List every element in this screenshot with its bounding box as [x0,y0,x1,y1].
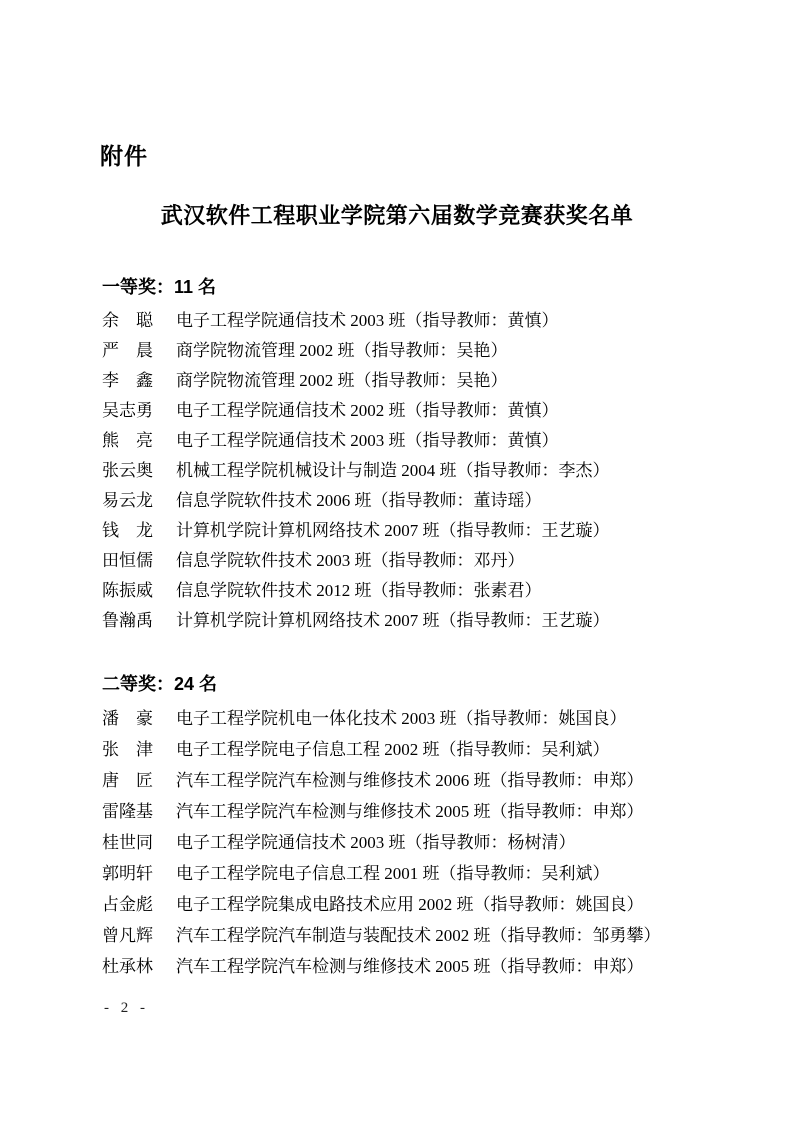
winner-rows: 潘 豪电子工程学院机电一体化技术 2003 班（指导教师：姚国良）张 津电子工程… [102,703,734,982]
winner-class-info: 电子工程学院电子信息工程 2001 班（指导教师：吴利斌） [176,858,610,889]
winner-row: 张 津电子工程学院电子信息工程 2002 班（指导教师：吴利斌） [102,734,734,765]
winner-class-info: 信息学院软件技术 2003 班（指导教师：邓丹） [176,546,525,576]
winner-row: 雷隆基汽车工程学院汽车检测与维修技术 2005 班（指导教师：申郑） [102,796,734,827]
winner-row: 易云龙信息学院软件技术 2006 班（指导教师：董诗瑶） [102,486,734,516]
section-heading: 一等奖：11 名 [102,276,734,298]
page-number: - 2 - [104,1000,794,1016]
winner-name: 钱 龙 [102,516,156,546]
winner-class-info: 机械工程学院机械设计与制造 2004 班（指导教师：李杰） [176,456,610,486]
winner-class-info: 电子工程学院机电一体化技术 2003 班（指导教师：姚国良） [176,703,627,734]
winner-row: 鲁瀚禹计算机学院计算机网络技术 2007 班（指导教师：王艺璇） [102,606,734,636]
winner-name: 李 鑫 [102,366,156,396]
winner-name: 陈振威 [102,576,156,606]
attachment-label: 附件 [100,144,794,168]
section-heading: 二等奖：24 名 [102,673,734,695]
winner-row: 余 聪电子工程学院通信技术 2003 班（指导教师：黄慎） [102,306,734,336]
page-title: 武汉软件工程职业学院第六届数学竞赛获奖名单 [0,201,794,231]
winner-class-info: 商学院物流管理 2002 班（指导教师：吴艳） [176,336,508,366]
winner-row: 田恒儒信息学院软件技术 2003 班（指导教师：邓丹） [102,546,734,576]
winner-class-info: 信息学院软件技术 2006 班（指导教师：董诗瑶） [176,486,542,516]
winner-name: 田恒儒 [102,546,156,576]
award-sections: 一等奖：11 名余 聪电子工程学院通信技术 2003 班（指导教师：黄慎）严 晨… [102,276,734,982]
winner-name: 曾凡辉 [102,920,156,951]
winner-row: 陈振威信息学院软件技术 2012 班（指导教师：张素君） [102,576,734,606]
winner-row: 张云奥机械工程学院机械设计与制造 2004 班（指导教师：李杰） [102,456,734,486]
winner-class-info: 汽车工程学院汽车制造与装配技术 2002 班（指导教师：邹勇攀） [176,920,661,951]
winner-name: 郭明轩 [102,858,156,889]
winner-row: 熊 亮电子工程学院通信技术 2003 班（指导教师：黄慎） [102,426,734,456]
winner-class-info: 计算机学院计算机网络技术 2007 班（指导教师：王艺璇） [176,516,610,546]
winner-name: 鲁瀚禹 [102,606,156,636]
winner-row: 郭明轩电子工程学院电子信息工程 2001 班（指导教师：吴利斌） [102,858,734,889]
winner-rows: 余 聪电子工程学院通信技术 2003 班（指导教师：黄慎）严 晨商学院物流管理 … [102,306,734,636]
winner-name: 杜承林 [102,951,156,982]
winner-class-info: 汽车工程学院汽车检测与维修技术 2006 班（指导教师：申郑） [176,765,644,796]
winner-class-info: 电子工程学院通信技术 2002 班（指导教师：黄慎） [176,396,559,426]
winner-name: 吴志勇 [102,396,156,426]
winner-row: 严 晨商学院物流管理 2002 班（指导教师：吴艳） [102,336,734,366]
winner-name: 桂世同 [102,827,156,858]
winner-name: 张 津 [102,734,156,765]
winner-row: 桂世同电子工程学院通信技术 2003 班（指导教师：杨树清） [102,827,734,858]
winner-row: 钱 龙计算机学院计算机网络技术 2007 班（指导教师：王艺璇） [102,516,734,546]
winner-row: 杜承林汽车工程学院汽车检测与维修技术 2005 班（指导教师：申郑） [102,951,734,982]
winner-row: 唐 匠汽车工程学院汽车检测与维修技术 2006 班（指导教师：申郑） [102,765,734,796]
winner-class-info: 电子工程学院集成电路技术应用 2002 班（指导教师：姚国良） [176,889,644,920]
winner-name: 严 晨 [102,336,156,366]
award-section: 二等奖：24 名潘 豪电子工程学院机电一体化技术 2003 班（指导教师：姚国良… [102,673,734,982]
winner-class-info: 电子工程学院通信技术 2003 班（指导教师：黄慎） [176,426,559,456]
winner-row: 吴志勇电子工程学院通信技术 2002 班（指导教师：黄慎） [102,396,734,426]
winner-name: 熊 亮 [102,426,156,456]
winner-name: 雷隆基 [102,796,156,827]
document-page: 附件 武汉软件工程职业学院第六届数学竞赛获奖名单 一等奖：11 名余 聪电子工程… [0,0,794,1123]
winner-name: 易云龙 [102,486,156,516]
winner-class-info: 电子工程学院通信技术 2003 班（指导教师：杨树清） [176,827,576,858]
winner-class-info: 电子工程学院通信技术 2003 班（指导教师：黄慎） [176,306,559,336]
winner-row: 曾凡辉汽车工程学院汽车制造与装配技术 2002 班（指导教师：邹勇攀） [102,920,734,951]
winner-row: 李 鑫商学院物流管理 2002 班（指导教师：吴艳） [102,366,734,396]
winner-class-info: 电子工程学院电子信息工程 2002 班（指导教师：吴利斌） [176,734,610,765]
winner-name: 余 聪 [102,306,156,336]
winner-class-info: 汽车工程学院汽车检测与维修技术 2005 班（指导教师：申郑） [176,951,644,982]
winner-name: 潘 豪 [102,703,156,734]
winner-row: 占金彪电子工程学院集成电路技术应用 2002 班（指导教师：姚国良） [102,889,734,920]
winner-name: 占金彪 [102,889,156,920]
winner-class-info: 信息学院软件技术 2012 班（指导教师：张素君） [176,576,542,606]
award-section: 一等奖：11 名余 聪电子工程学院通信技术 2003 班（指导教师：黄慎）严 晨… [102,276,734,636]
winner-class-info: 商学院物流管理 2002 班（指导教师：吴艳） [176,366,508,396]
winner-class-info: 汽车工程学院汽车检测与维修技术 2005 班（指导教师：申郑） [176,796,644,827]
winner-class-info: 计算机学院计算机网络技术 2007 班（指导教师：王艺璇） [176,606,610,636]
winner-name: 张云奥 [102,456,156,486]
winner-name: 唐 匠 [102,765,156,796]
winner-row: 潘 豪电子工程学院机电一体化技术 2003 班（指导教师：姚国良） [102,703,734,734]
